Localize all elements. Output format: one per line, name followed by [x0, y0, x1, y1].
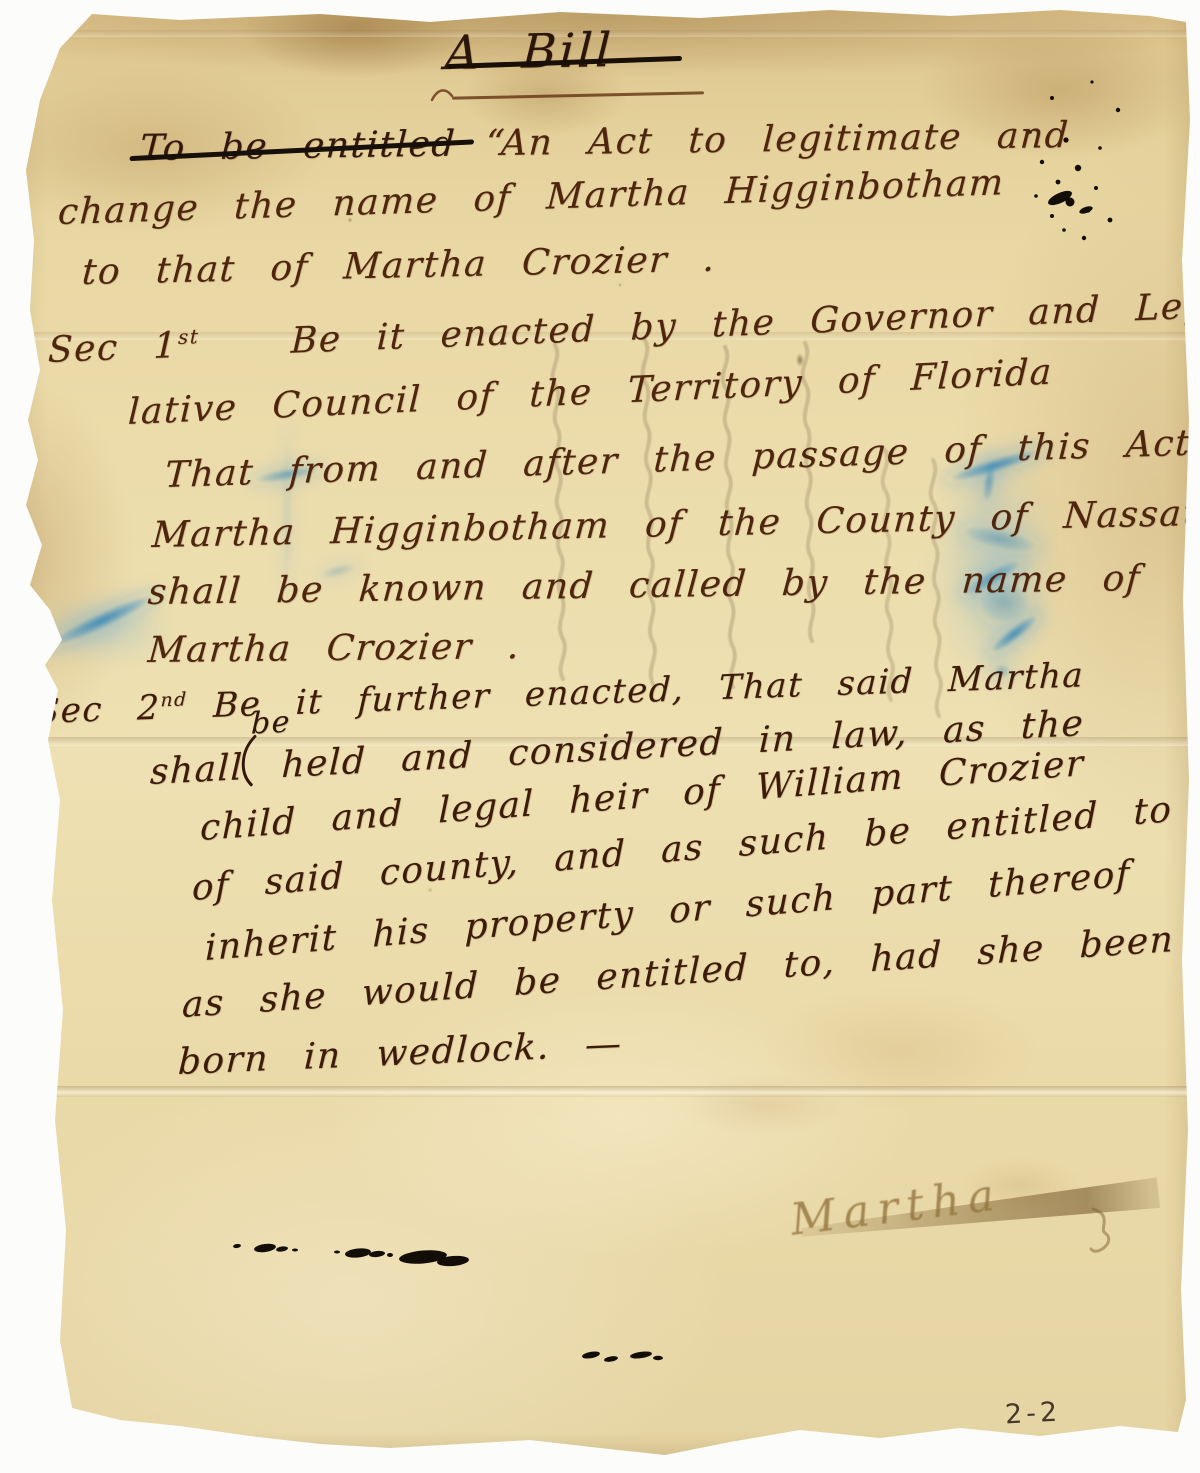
fold-crease	[0, 1086, 1200, 1097]
page-number-annotation: 2-2	[1004, 1397, 1062, 1431]
section-2-label: Sec 2nd	[35, 687, 188, 732]
smudged-name: Martha	[788, 1169, 1005, 1246]
ink-dots	[575, 1345, 675, 1371]
pencil-curl	[1085, 1205, 1121, 1265]
handwritten-line: Martha Crozier .	[146, 626, 522, 671]
caret-icon	[235, 734, 259, 787]
inserted-word: be	[250, 704, 291, 741]
insertion-point: be	[243, 767, 281, 779]
paper-sheet: A Bill To be entitled“An Act to legitima…	[0, 0, 1200, 1473]
struck-words: To be entitled	[139, 124, 457, 169]
blue-pencil-mark	[44, 587, 160, 653]
handwritten-line: to that of Martha Crozier .	[81, 239, 718, 293]
section-1-label: Sec 1st	[47, 324, 199, 371]
line-preamble-opening: To be entitled“An Act to legitimate and	[139, 115, 1071, 169]
document-title: A Bill	[444, 23, 615, 81]
ink-smear	[225, 1238, 475, 1273]
handwritten-line: change the name of Martha Higginbotham	[57, 162, 1006, 233]
blue-pencil-mark	[985, 609, 1042, 658]
title-underline	[452, 91, 704, 99]
scanned-document: A Bill To be entitled“An Act to legitima…	[0, 0, 1200, 1473]
handwritten-line: born in wedlock. —	[177, 1023, 623, 1083]
handwritten-line: shall be known and called by the name of	[146, 558, 1142, 613]
torn-edge-shade	[0, 1431, 1200, 1473]
flourish-curl	[430, 84, 456, 104]
preamble-rest: “An Act to legitimate and	[485, 115, 1071, 164]
ink-spatter	[1000, 70, 1170, 260]
